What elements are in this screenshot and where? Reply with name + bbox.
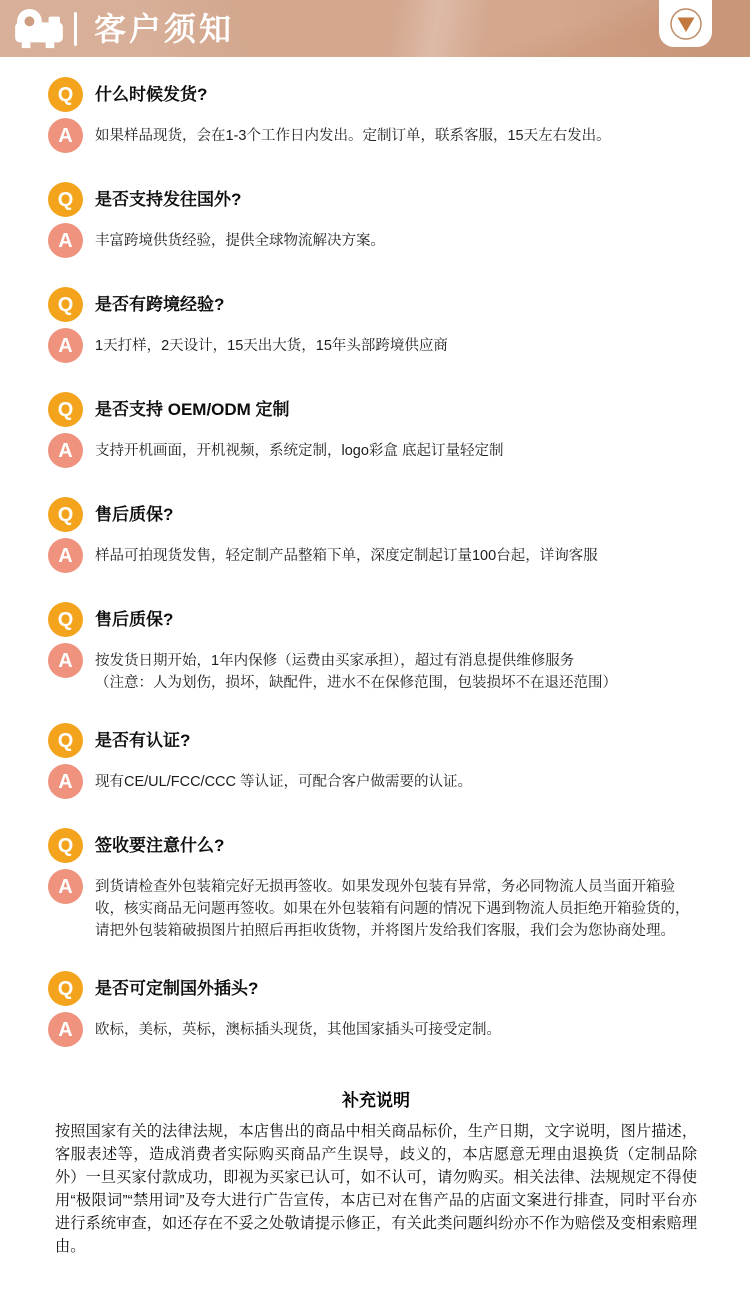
header-divider [74,12,77,46]
question-row: Q 是否支持 OEM/ODM 定制 [48,392,700,427]
answer-text: 现有CE/UL/FCC/CCC 等认证，可配合客户做需要的认证。 [95,764,472,793]
question-text: 是否有认证? [95,723,190,758]
faq-item-2: Q 是否支持发往国外? A 丰富跨境供货经验，提供全球物流解决方案。 [48,182,700,258]
question-text: 售后质保? [95,497,173,532]
q-badge: Q [48,392,83,427]
faq-item-7: Q 是否有认证? A 现有CE/UL/FCC/CCC 等认证，可配合客户做需要的… [48,723,700,799]
a-badge: A [48,869,83,904]
question-row: Q 什么时候发货? [48,77,700,112]
question-text: 是否有跨境经验? [95,287,224,322]
answer-text: 按发货日期开始，1年内保修（运费由买家承担），超过有消息提供维修服务 （注意：人… [95,643,617,694]
q-badge: Q [48,182,83,217]
question-row: Q 是否支持发往国外? [48,182,700,217]
faq-list: Q 什么时候发货? A 如果样品现货，会在1-3个工作日内发出。定制订单，联系客… [0,57,750,1047]
faq-item-3: Q 是否有跨境经验? A 1天打样，2天设计，15天出大货，15年头部跨境供应商 [48,287,700,363]
faq-item-9: Q 是否可定制国外插头? A 欧标，美标，英标，澳标插头现货，其他国家插头可接受… [48,971,700,1047]
answer-text: 样品可拍现货发售，轻定制产品整箱下单，深度定制起订量100台起，详询客服 [95,538,598,567]
q-badge: Q [48,77,83,112]
q-badge: Q [48,828,83,863]
q-badge: Q [48,723,83,758]
answer-text: 丰富跨境供货经验，提供全球物流解决方案。 [95,223,385,252]
a-badge: A [48,328,83,363]
supplement-section: 补充说明 按照国家有关的法律法规，本店售出的商品中相关商品标价，生产日期，文字说… [0,1076,750,1298]
answer-row: A 按发货日期开始，1年内保修（运费由买家承担），超过有消息提供维修服务 （注意… [48,643,700,694]
answer-text: 1天打样，2天设计，15天出大货，15年头部跨境供应商 [95,328,448,357]
question-row: Q 是否可定制国外插头? [48,971,700,1006]
supplement-body: 按照国家有关的法律法规，本店售出的商品中相关商品标价，生产日期，文字说明，图片描… [55,1120,697,1258]
answer-row: A 欧标，美标，英标，澳标插头现货，其他国家插头可接受定制。 [48,1012,700,1047]
a-badge: A [48,433,83,468]
question-text: 是否支持发往国外? [95,182,241,217]
answer-row: A 1天打样，2天设计，15天出大货，15年头部跨境供应商 [48,328,700,363]
faq-item-6: Q 售后质保? A 按发货日期开始，1年内保修（运费由买家承担），超过有消息提供… [48,602,700,694]
q-badge: Q [48,497,83,532]
answer-row: A 到货请检查外包装箱完好无损再签收。如果发现外包装有异常，务必同物流人员当面开… [48,869,700,942]
answer-row: A 支持开机画面，开机视频，系统定制，logo彩盒 底起订量轻定制 [48,433,700,468]
faq-item-1: Q 什么时候发货? A 如果样品现货，会在1-3个工作日内发出。定制订单，联系客… [48,77,700,153]
question-row: Q 签收要注意什么? [48,828,700,863]
answer-text: 支持开机画面，开机视频，系统定制，logo彩盒 底起订量轻定制 [95,433,503,462]
faq-item-5: Q 售后质保? A 样品可拍现货发售，轻定制产品整箱下单，深度定制起订量100台… [48,497,700,573]
question-text: 什么时候发货? [95,77,207,112]
question-text: 签收要注意什么? [95,828,224,863]
faq-item-8: Q 签收要注意什么? A 到货请检查外包装箱完好无损再签收。如果发现外包装有异常… [48,828,700,942]
a-badge: A [48,643,83,678]
question-row: Q 是否有跨境经验? [48,287,700,322]
a-badge: A [48,223,83,258]
faq-item-4: Q 是否支持 OEM/ODM 定制 A 支持开机画面，开机视频，系统定制，log… [48,392,700,468]
q-badge: Q [48,602,83,637]
answer-row: A 丰富跨境供货经验，提供全球物流解决方案。 [48,223,700,258]
question-row: Q 售后质保? [48,497,700,532]
question-row: Q 是否有认证? [48,723,700,758]
chevron-down-icon [668,6,704,42]
answer-text: 如果样品现货，会在1-3个工作日内发出。定制订单，联系客服，15天左右发出。 [95,118,611,147]
answer-row: A 如果样品现货，会在1-3个工作日内发出。定制订单，联系客服，15天左右发出。 [48,118,700,153]
supplement-title: 补充说明 [55,1086,697,1111]
question-row: Q 售后质保? [48,602,700,637]
q-badge: Q [48,971,83,1006]
question-text: 是否支持 OEM/ODM 定制 [95,392,290,427]
answer-row: A 现有CE/UL/FCC/CCC 等认证，可配合客户做需要的认证。 [48,764,700,799]
page-title: 客户须知 [94,13,234,45]
question-text: 售后质保? [95,602,173,637]
projector-icon [14,8,64,50]
scroll-down-button[interactable] [659,0,712,47]
answer-text: 欧标，美标，英标，澳标插头现货，其他国家插头可接受定制。 [95,1012,501,1041]
header: 客户须知 [0,0,750,57]
a-badge: A [48,764,83,799]
q-badge: Q [48,287,83,322]
answer-row: A 样品可拍现货发售，轻定制产品整箱下单，深度定制起订量100台起，详询客服 [48,538,700,573]
a-badge: A [48,1012,83,1047]
question-text: 是否可定制国外插头? [95,971,258,1006]
a-badge: A [48,538,83,573]
answer-text: 到货请检查外包装箱完好无损再签收。如果发现外包装有异常，务必同物流人员当面开箱验… [95,869,700,942]
a-badge: A [48,118,83,153]
